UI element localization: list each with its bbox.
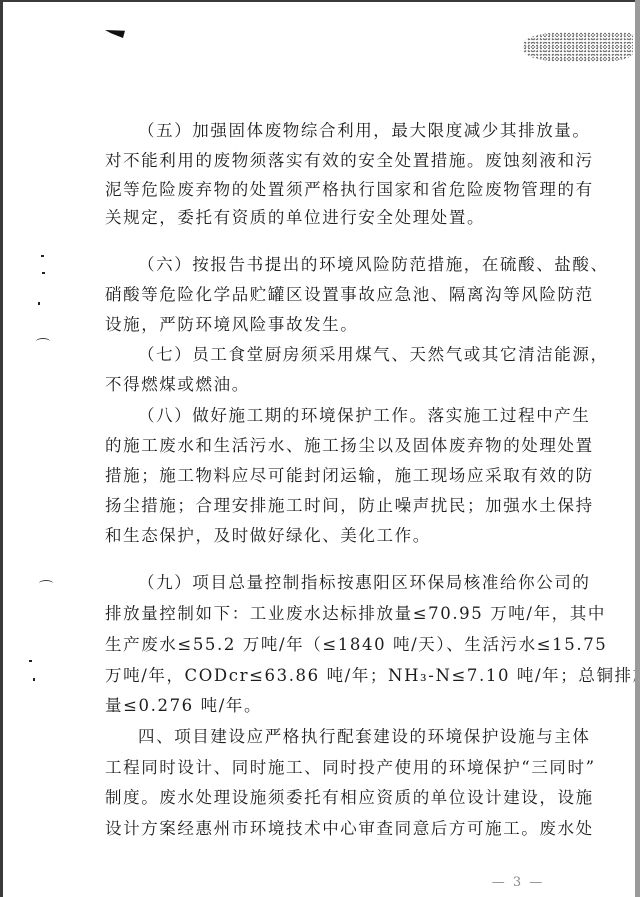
text-line: 生产废水≤55.2 万吨/年（≤1840 吨/天）、生活污水≤15.75 xyxy=(105,634,563,656)
scan-artifact-speckle xyxy=(523,32,633,62)
text-line: 工程同时设计、同时施工、同时投产使用的环境保护“三同时” xyxy=(105,757,563,779)
text-line: 排放量控制如下：工业废水达标排放量≤70.95 万吨/年，其中 xyxy=(105,603,563,625)
text-line: 不得燃煤或燃油。 xyxy=(105,374,563,396)
scan-speck xyxy=(38,302,40,305)
text-line: 设施，严防环境风险事故发生。 xyxy=(105,314,563,336)
scan-speck xyxy=(41,255,44,257)
scan-speck xyxy=(42,272,45,274)
text-line: 对不能利用的废物须落实有效的安全处置措施。废蚀刻液和污 xyxy=(105,150,563,172)
scan-artifact-arc xyxy=(39,580,53,587)
page-number: — 3 — xyxy=(483,875,553,890)
text-line: 和生态保护，及时做好绿化、美化工作。 xyxy=(105,525,563,547)
text-line: 量≤0.276 吨/年。 xyxy=(105,695,563,717)
text-line: （六）按报告书提出的环境风险防范措施，在硫酸、盐酸、 xyxy=(138,254,563,276)
scan-artifact-arc xyxy=(36,338,50,345)
text-line: 关规定，委托有资质的单位进行安全处理处置。 xyxy=(105,207,563,229)
text-line: 四、项目建设应严格执行配套建设的环境保护设施与主体 xyxy=(138,726,563,748)
text-line: 泥等危险废弃物的处置须严格执行国家和省危险废物管理的有 xyxy=(105,179,563,201)
text-line: 措施；施工物料应尽可能封闭运输，施工现场应采取有效的防 xyxy=(105,465,563,487)
text-line: 硝酸等危险化学品贮罐区设置事故应急池、隔离沟等风险防范 xyxy=(105,284,563,306)
scanned-document-page: （五）加强固体废物综合利用，最大限度减少其排放量。 对不能利用的废物须落实有效的… xyxy=(3,2,635,897)
text-line: （五）加强固体废物综合利用，最大限度减少其排放量。 xyxy=(138,120,563,142)
scan-speck xyxy=(33,678,35,681)
text-line: （九）项目总量控制指标按惠阳区环保局核准给你公司的 xyxy=(138,572,563,594)
text-line: （八）做好施工期的环境保护工作。落实施工过程中产生 xyxy=(138,405,563,427)
text-line: （七）员工食堂厨房须采用煤气、天然气或其它清洁能源， xyxy=(138,344,563,366)
text-line: 的施工废水和生活污水、施工扬尘以及固体废弃物的处理处置 xyxy=(105,435,563,457)
text-line: 万吨/年，CODcr≤63.86 吨/年；NH₃-N≤7.10 吨/年；总铜排放 xyxy=(105,665,563,687)
scan-speck xyxy=(29,660,32,662)
text-line: 制度。废水处理设施须委托有相应资质的单位设计建设，设施 xyxy=(105,787,563,809)
vertical-scrollbar[interactable] xyxy=(635,0,640,897)
text-line: 设计方案经惠州市环境技术中心审查同意后方可施工。废水处 xyxy=(105,818,563,840)
text-line: 扬尘措施；合理安排施工时间，防止噪声扰民；加强水土保持 xyxy=(105,495,563,517)
scan-artifact-mark xyxy=(105,30,125,38)
